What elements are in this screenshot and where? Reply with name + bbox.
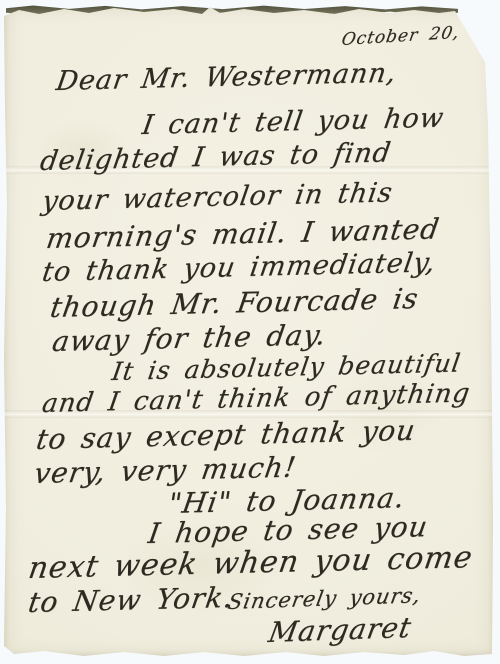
letter-closing: Sincerely yours, xyxy=(226,583,423,614)
letter-line: next week when you come xyxy=(26,540,475,586)
letter-line: to New York. xyxy=(26,581,236,619)
letter-line: though Mr. Fourcade is xyxy=(48,282,421,324)
letter-line: to say except thank you xyxy=(34,414,418,456)
letter-paper: October 20, 1978 Dear Mr. Westermann, I … xyxy=(4,6,494,658)
letter-line: delighted I was to find xyxy=(38,137,393,177)
photo-background: October 20, 1978 Dear Mr. Westermann, I … xyxy=(0,0,500,664)
letter-line: I can't tell you how xyxy=(140,103,446,141)
letter-line: your watercolor in this xyxy=(40,177,395,217)
letter-date: October 20, 1978 xyxy=(340,19,500,50)
letter-signature: Margaret xyxy=(266,611,414,649)
letter-salutation: Dear Mr. Westermann, xyxy=(54,58,399,97)
